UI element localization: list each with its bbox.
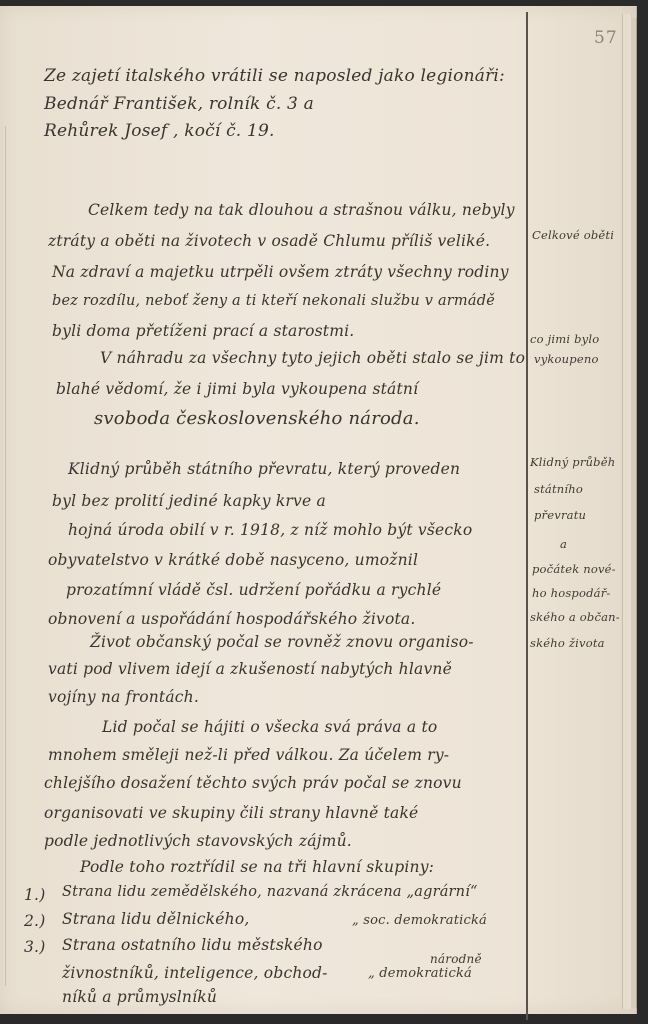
body-line: Rehůrek Josef , kočí č. 19. <box>44 121 275 141</box>
body-line: Podle toho roztřídil se na tři hlavní sk… <box>80 858 434 876</box>
body-line: ztráty a oběti na životech v osadě Chlum… <box>48 232 490 250</box>
party-name: Strana lidu dělnického, <box>62 910 249 928</box>
party-label: „ soc. demokratická <box>352 913 487 928</box>
scan-frame: 57 Ze zajetí italského vrátili se naposl… <box>0 0 648 1024</box>
body-line: bez rozdílu, neboť ženy a ti kteří nekon… <box>52 293 495 309</box>
body-line: Na zdraví a majetku utrpěli ovšem ztráty… <box>52 263 509 281</box>
party-number: 3.) <box>24 938 45 956</box>
body-line: blahé vědomí, že i jimi byla vykoupena s… <box>56 380 418 398</box>
body-line: prozatímní vládě čsl. udržení pořádku a … <box>66 581 441 599</box>
body-line: hojná úroda obilí v r. 1918, z níž mohlo… <box>68 521 472 539</box>
margin-note: počátek nové- <box>532 562 616 576</box>
margin-note: ho hospodář- <box>532 586 611 600</box>
party-name: Strana lidu zemědělského, nazvaná zkráce… <box>62 884 478 900</box>
margin-note: převratu <box>534 508 586 522</box>
margin-note: ského života <box>530 636 605 650</box>
body-line: Život občanský počal se rovněž znovu org… <box>90 633 474 651</box>
party-number: 1.) <box>24 886 45 904</box>
margin-rule <box>526 12 528 1020</box>
party-name: níků a průmyslníků <box>62 988 217 1006</box>
body-line: byli doma přetíženi prací a starostmi. <box>52 322 354 340</box>
body-line: organisovati ve skupiny čili strany hlav… <box>44 804 418 822</box>
party-label: „ demokratická <box>368 966 472 981</box>
body-line: Lid počal se hájiti o všecka svá práva a… <box>102 718 437 736</box>
body-line: svoboda československého národa. <box>94 408 420 429</box>
party-name: živnostníků, inteligence, obchod- <box>62 964 328 982</box>
body-line: podle jednotlivých stavovských zájmů. <box>44 832 352 850</box>
body-line: vati pod vlivem idejí a zkušeností nabyt… <box>48 660 452 678</box>
party-label-above: národně <box>430 952 482 966</box>
body-line: Bednář František, rolník č. 3 a <box>44 94 314 114</box>
body-line: Ze zajetí italského vrátili se naposled … <box>44 66 505 86</box>
body-line: obyvatelstvo v krátké době nasyceno, umo… <box>48 551 418 569</box>
left-page-rule <box>5 126 6 986</box>
party-number: 2.) <box>24 912 45 930</box>
page-number: 57 <box>594 28 618 48</box>
body-line: obnovení a uspořádání hospodářského živo… <box>48 610 415 628</box>
body-line: Celkem tedy na tak dlouhou a strašnou vá… <box>88 201 515 219</box>
body-line: chlejšího dosažení těchto svých práv poč… <box>44 774 462 792</box>
margin-note: Celkové oběti <box>532 228 614 242</box>
margin-note: státního <box>534 482 583 496</box>
page-stack-edge-outer <box>631 18 637 1008</box>
margin-note: vykoupeno <box>534 352 599 366</box>
body-line: Klidný průběh státního převratu, který p… <box>68 460 460 478</box>
body-line: vojíny na frontách. <box>48 688 199 706</box>
margin-note: ského a občan- <box>530 610 620 624</box>
body-line: V náhradu za všechny tyto jejich oběti s… <box>100 349 525 367</box>
margin-note: Klidný průběh <box>530 455 615 469</box>
party-name: Strana ostatního lidu městského <box>62 936 323 954</box>
body-line: byl bez prolití jediné kapky krve a <box>52 492 326 510</box>
margin-note: a <box>560 537 567 551</box>
body-line: mnohem směleji než-li před válkou. Za úč… <box>48 746 449 764</box>
margin-note: co jimi bylo <box>530 332 599 346</box>
